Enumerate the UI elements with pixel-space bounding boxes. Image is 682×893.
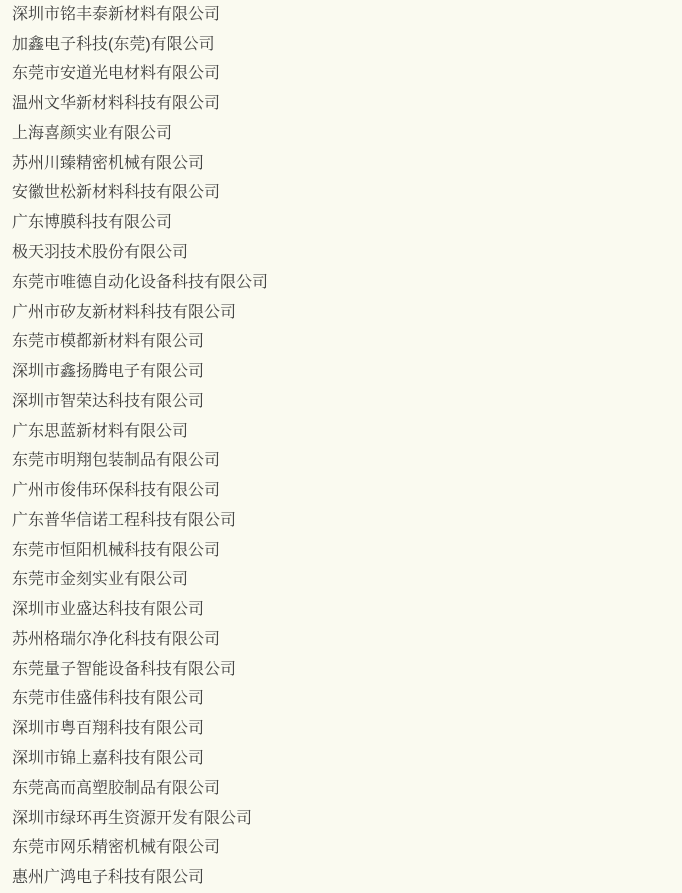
company-name: 东莞市金刻实业有限公司 <box>12 572 188 588</box>
company-name: 东莞市网乐精密机械有限公司 <box>12 840 220 856</box>
company-list-item[interactable]: 广东博膜科技有限公司 <box>0 208 682 238</box>
company-list-item[interactable]: 惠州广鸿电子科技有限公司 <box>0 863 682 893</box>
company-name: 广州市俊伟环保科技有限公司 <box>12 483 220 499</box>
company-name: 加鑫电子科技(东莞)有限公司 <box>12 37 215 53</box>
company-name: 广东普华信诺工程科技有限公司 <box>12 513 236 529</box>
company-name: 广东思蓝新材料有限公司 <box>12 424 188 440</box>
company-name: 深圳市绿环再生资源开发有限公司 <box>12 811 252 827</box>
company-name: 广州市矽友新材料科技有限公司 <box>12 305 236 321</box>
company-list-item[interactable]: 东莞市金刻实业有限公司 <box>0 566 682 596</box>
company-name: 深圳市铭丰泰新材料有限公司 <box>12 7 220 23</box>
company-name: 广东博膜科技有限公司 <box>12 215 172 231</box>
company-name: 东莞量子智能设备科技有限公司 <box>12 662 236 678</box>
company-list-item[interactable]: 深圳市铭丰泰新材料有限公司 <box>0 0 682 30</box>
company-name: 温州文华新材料科技有限公司 <box>12 96 220 112</box>
company-name: 深圳市粤百翔科技有限公司 <box>12 721 204 737</box>
company-name: 东莞高而高塑胶制品有限公司 <box>12 781 220 797</box>
company-name: 苏州川臻精密机械有限公司 <box>12 156 204 172</box>
company-list-item[interactable]: 东莞市网乐精密机械有限公司 <box>0 833 682 863</box>
company-list-item[interactable]: 东莞高而高塑胶制品有限公司 <box>0 774 682 804</box>
company-list: 深圳市铭丰泰新材料有限公司加鑫电子科技(东莞)有限公司东莞市安道光电材料有限公司… <box>0 0 682 893</box>
company-name: 惠州广鸿电子科技有限公司 <box>12 870 204 886</box>
company-name: 深圳市鑫扬腾电子有限公司 <box>12 364 204 380</box>
company-list-item[interactable]: 广东思蓝新材料有限公司 <box>0 417 682 447</box>
company-name: 深圳市智荣达科技有限公司 <box>12 394 204 410</box>
company-name: 东莞市安道光电材料有限公司 <box>12 66 220 82</box>
company-list-item[interactable]: 温州文华新材料科技有限公司 <box>0 89 682 119</box>
company-name: 极天羽技术股份有限公司 <box>12 245 188 261</box>
company-list-item[interactable]: 安徽世松新材料科技有限公司 <box>0 179 682 209</box>
company-name: 深圳市业盛达科技有限公司 <box>12 602 204 618</box>
company-list-item[interactable]: 广州市俊伟环保科技有限公司 <box>0 476 682 506</box>
company-list-item[interactable]: 广州市矽友新材料科技有限公司 <box>0 298 682 328</box>
company-list-item[interactable]: 东莞市模都新材料有限公司 <box>0 327 682 357</box>
company-list-item[interactable]: 苏州川臻精密机械有限公司 <box>0 149 682 179</box>
company-list-item[interactable]: 深圳市绿环再生资源开发有限公司 <box>0 804 682 834</box>
company-list-item[interactable]: 极天羽技术股份有限公司 <box>0 238 682 268</box>
company-name: 东莞市模都新材料有限公司 <box>12 334 204 350</box>
company-list-item[interactable]: 东莞量子智能设备科技有限公司 <box>0 655 682 685</box>
company-name: 深圳市锦上嘉科技有限公司 <box>12 751 204 767</box>
company-list-item[interactable]: 东莞市安道光电材料有限公司 <box>0 60 682 90</box>
company-list-item[interactable]: 加鑫电子科技(东莞)有限公司 <box>0 30 682 60</box>
company-name: 东莞市恒阳机械科技有限公司 <box>12 543 220 559</box>
company-name: 东莞市唯德自动化设备科技有限公司 <box>12 275 268 291</box>
company-list-item[interactable]: 东莞市唯德自动化设备科技有限公司 <box>0 268 682 298</box>
company-list-item[interactable]: 苏州格瑞尔净化科技有限公司 <box>0 625 682 655</box>
company-list-item[interactable]: 深圳市智荣达科技有限公司 <box>0 387 682 417</box>
company-name: 东莞市明翔包装制品有限公司 <box>12 453 220 469</box>
company-list-item[interactable]: 深圳市粤百翔科技有限公司 <box>0 714 682 744</box>
company-list-item[interactable]: 深圳市鑫扬腾电子有限公司 <box>0 357 682 387</box>
company-list-item[interactable]: 东莞市明翔包装制品有限公司 <box>0 446 682 476</box>
company-name: 安徽世松新材料科技有限公司 <box>12 185 220 201</box>
company-list-item[interactable]: 广东普华信诺工程科技有限公司 <box>0 506 682 536</box>
company-list-item[interactable]: 东莞市佳盛伟科技有限公司 <box>0 685 682 715</box>
company-name: 苏州格瑞尔净化科技有限公司 <box>12 632 220 648</box>
company-name: 东莞市佳盛伟科技有限公司 <box>12 691 204 707</box>
company-list-item[interactable]: 深圳市业盛达科技有限公司 <box>0 595 682 625</box>
company-list-item[interactable]: 上海喜颜实业有限公司 <box>0 119 682 149</box>
company-list-item[interactable]: 东莞市恒阳机械科技有限公司 <box>0 536 682 566</box>
company-name: 上海喜颜实业有限公司 <box>12 126 172 142</box>
company-list-item[interactable]: 深圳市锦上嘉科技有限公司 <box>0 744 682 774</box>
